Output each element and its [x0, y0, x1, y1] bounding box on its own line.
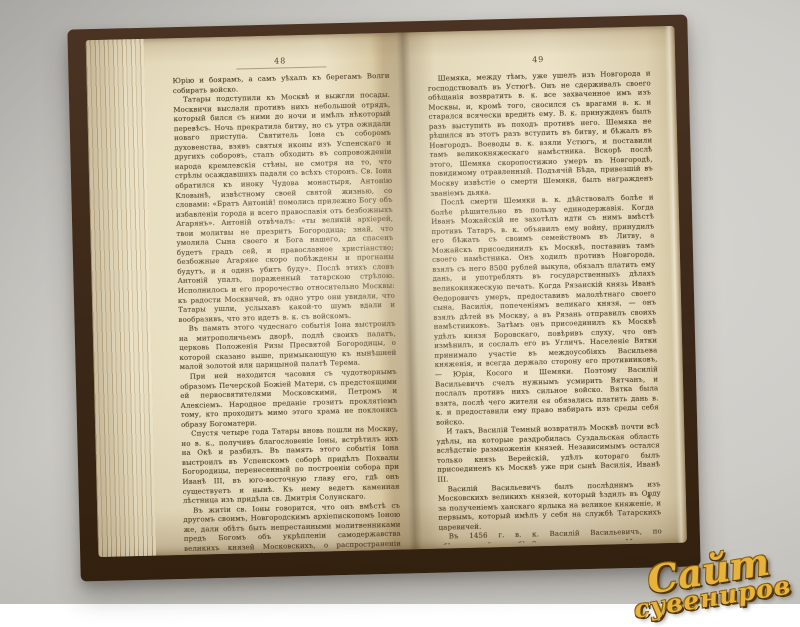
paragraph: Василій Васильевичъ былъ послѣднимъ изъ … — [438, 480, 662, 533]
signature-mark: 4 — [647, 493, 652, 501]
paragraph: Татары подступили къ Москвѣ и выжгли пос… — [173, 91, 396, 325]
left-page-text: Юрію и боярамъ, а самъ уѣхалъ къ берегам… — [173, 72, 402, 556]
paragraph: И такъ, Василій Темный возвратилъ Москвѣ… — [436, 423, 660, 486]
paragraph: Въ житіи св. Іоны говорится, что онъ вмѣ… — [183, 501, 401, 556]
book: 48 Юрію и боярамъ, а самъ уѣхалъ къ бере… — [67, 15, 700, 582]
open-pages: 48 Юрію и боярамъ, а самъ уѣхалъ къ бере… — [86, 26, 687, 557]
paragraph: Шемяка, между тѣмъ, уже ушелъ изъ Новгор… — [428, 69, 654, 199]
paragraph: При ней находится часовня съ чудотворным… — [180, 368, 398, 431]
right-page-text: Шемяка, между тѣмъ, уже ушелъ изъ Новгор… — [428, 69, 662, 544]
paragraph: Въ память этого чудеснаго событія Іона в… — [179, 320, 397, 373]
left-page-number: 48 — [172, 54, 388, 68]
paragraph: Послѣ смерти Шемяки в. к. дѣйствовалъ бо… — [431, 193, 660, 428]
left-header-rule — [236, 66, 326, 69]
page-stack-edge-right — [664, 26, 687, 543]
page-stack-edge-left — [86, 39, 157, 557]
paragraph: Спустя четыре года Татары вновь пошли на… — [181, 425, 400, 507]
right-page-number: 49 — [427, 52, 649, 66]
